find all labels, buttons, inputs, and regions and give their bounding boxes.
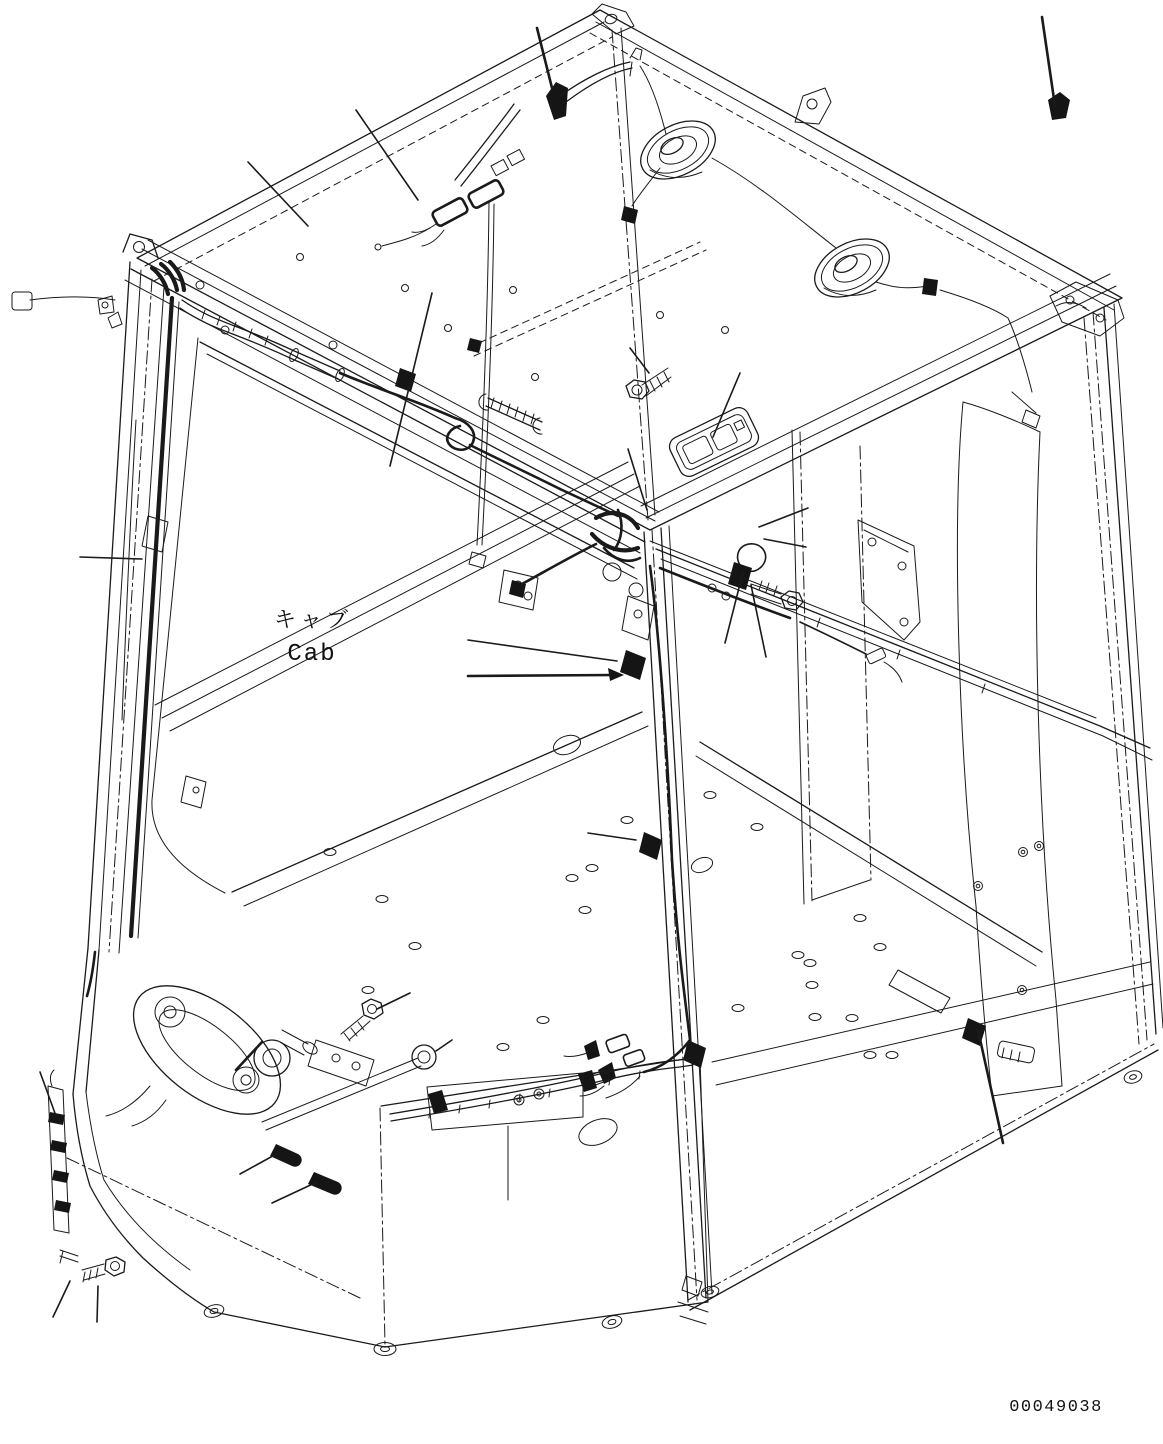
parts-diagram-sheet: キャブ Cab 00049038 <box>0 0 1163 1444</box>
door-latch-striker <box>48 1070 71 1233</box>
right-lower-panel <box>688 842 1158 1311</box>
front-rail-harness <box>12 262 618 516</box>
cab-label-en: Cab <box>287 641 336 668</box>
roof-corner-brackets <box>98 4 1124 336</box>
rear-right-structure <box>792 304 1163 1096</box>
floor-panel <box>232 712 1042 1059</box>
roof-outline <box>125 10 1122 579</box>
lower-left-body <box>67 1092 396 1356</box>
wiper-motor-assembly <box>106 961 421 1139</box>
roof-harness <box>375 48 1070 568</box>
cab-label-jp: キャブ <box>274 609 352 634</box>
speaker-rear <box>805 227 899 309</box>
bottom-front-panel <box>380 1057 708 1347</box>
washer <box>412 1045 436 1069</box>
center-pillar <box>601 526 720 1330</box>
harness-junction <box>499 510 654 640</box>
right-sill-rail <box>650 541 1152 760</box>
a-pillar <box>73 262 225 1094</box>
front-mount-bolt <box>60 1250 125 1282</box>
wiper-bolt <box>341 999 383 1041</box>
speaker-front <box>631 109 725 191</box>
drawing-number: 00049038 <box>1009 1398 1103 1417</box>
roof-screw-holes <box>196 254 729 381</box>
leader-lines <box>40 17 1055 1322</box>
cab-wireframe-diagram: キャブ Cab 00049038 <box>0 0 1163 1444</box>
